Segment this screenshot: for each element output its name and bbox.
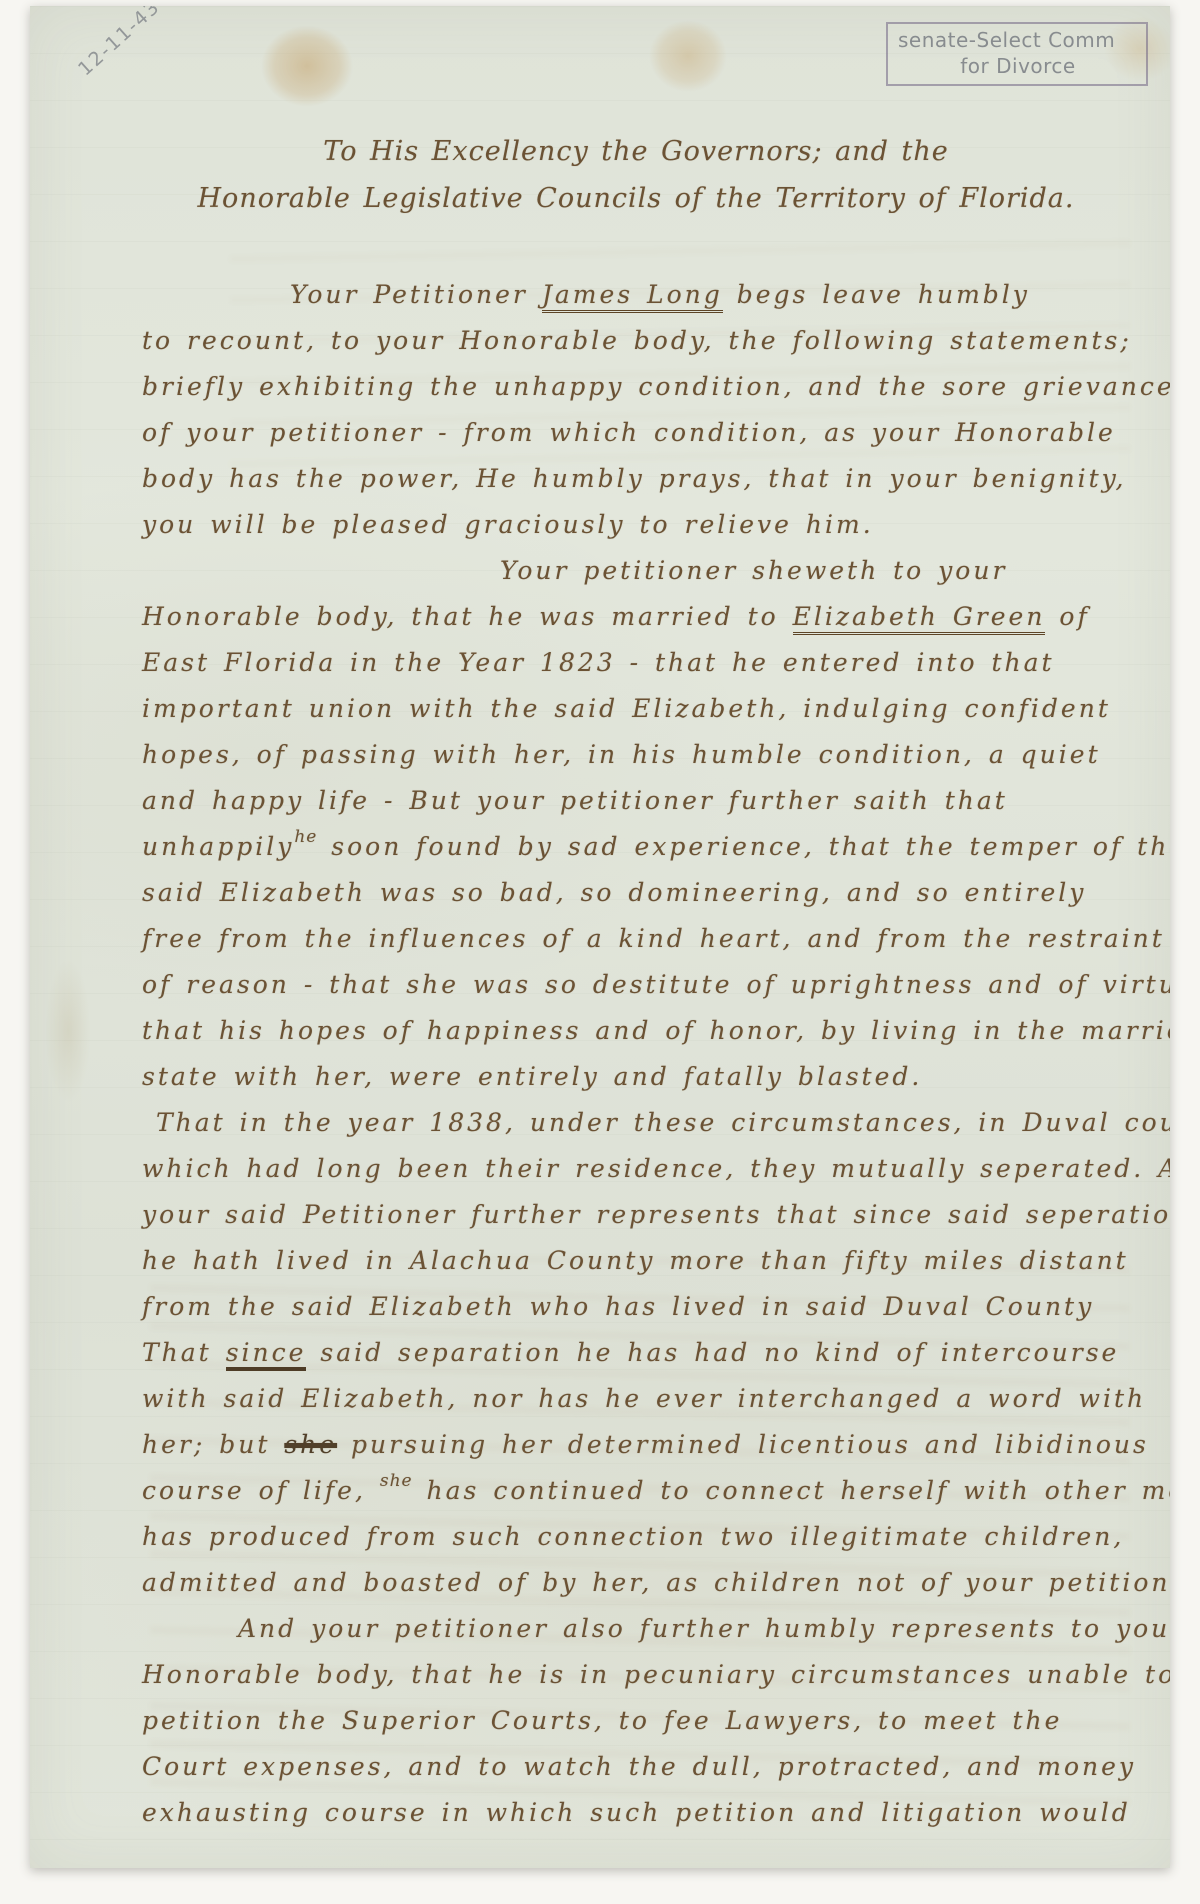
salutation-line-2: Honorable Legislative Councils of the Te… — [142, 175, 1130, 222]
manuscript-line: of reason - that she was so destitute of… — [142, 962, 1130, 1008]
manuscript-line: free from the influences of a kind heart… — [142, 916, 1130, 962]
line-text: begs leave humbly — [723, 280, 1030, 309]
manuscript-line: body has the power, He humbly prays, tha… — [142, 456, 1130, 502]
paragraph-2: Your petitioner sheweth to your Honorabl… — [142, 548, 1130, 1100]
line-text: pursuing her determined licentious and l… — [337, 1430, 1149, 1459]
manuscript-line: and happy life - But your petitioner fur… — [142, 778, 1130, 824]
manuscript-line: he hath lived in Alachua County more tha… — [142, 1238, 1130, 1284]
manuscript-line: said Elizabeth was so bad, so domineerin… — [142, 870, 1130, 916]
line-text: has continued to connect herself with ot… — [413, 1476, 1170, 1505]
manuscript-line: of your petitioner - from which conditio… — [142, 410, 1130, 456]
paragraph-1: Your Petitioner James Long begs leave hu… — [142, 272, 1130, 548]
line-text: Your Petitioner — [290, 280, 542, 309]
salutation-line-1: To His Excellency the Governors; and the — [142, 128, 1130, 175]
petition-text: To His Excellency the Governors; and the… — [142, 128, 1130, 1836]
line-text: course of life, — [142, 1476, 380, 1505]
line-text: Honorable body, that he was married to — [142, 602, 793, 631]
manuscript-line: That in the year 1838, under these circu… — [142, 1100, 1130, 1146]
pencil-date-annotation: 12-11-43 — [74, 6, 165, 80]
paper-stain — [638, 10, 738, 102]
manuscript-line: briefly exhibiting the unhappy condition… — [142, 364, 1130, 410]
manuscript-line: important union with the said Elizabeth,… — [142, 686, 1130, 732]
inserted-word: she — [380, 1471, 413, 1491]
manuscript-line: to recount, to your Honorable body, the … — [142, 318, 1130, 364]
manuscript-line: That since said separation he has had no… — [142, 1330, 1130, 1376]
line-text: That — [142, 1338, 226, 1367]
manuscript-line: hopes, of passing with her, in his humbl… — [142, 732, 1130, 778]
manuscript-line: Honorable body, that he was married to E… — [142, 594, 1130, 640]
line-text: her; but — [142, 1430, 284, 1459]
struck-out-word: she — [284, 1430, 337, 1459]
archival-note-line-2: for Divorce — [898, 53, 1138, 79]
manuscript-line: petition the Superior Courts, to fee Law… — [142, 1698, 1130, 1744]
manuscript-line: with said Elizabeth, nor has he ever int… — [142, 1376, 1130, 1422]
emphasized-word: since — [226, 1338, 307, 1371]
manuscript-line: her; but she pursuing her determined lic… — [142, 1422, 1130, 1468]
paragraph-3: That in the year 1838, under these circu… — [142, 1100, 1130, 1606]
line-text: unhappily — [142, 832, 294, 861]
line-text: soon found by sad experience, that the t… — [317, 832, 1170, 861]
archival-note: senate-Select Comm for Divorce — [886, 22, 1148, 86]
spouse-name-underlined: Elizabeth Green — [793, 602, 1046, 635]
manuscript-line: your said Petitioner further represents … — [142, 1192, 1130, 1238]
inserted-word: he — [294, 827, 317, 847]
manuscript-line: And your petitioner also further humbly … — [142, 1606, 1130, 1652]
manuscript-line: you will be pleased graciously to reliev… — [142, 502, 1130, 548]
scan-background: 12-11-43 senate-Select Comm for Divorce … — [0, 0, 1200, 1904]
manuscript-line: has produced from such connection two il… — [142, 1514, 1130, 1560]
manuscript-line: Court expenses, and to watch the dull, p… — [142, 1744, 1130, 1790]
line-text: said separation he has had no kind of in… — [306, 1338, 1119, 1367]
manuscript-line: state with her, were entirely and fatall… — [142, 1054, 1130, 1100]
manuscript-line: from the said Elizabeth who has lived in… — [142, 1284, 1130, 1330]
manuscript-line: course of life, she has continued to con… — [142, 1468, 1130, 1514]
manuscript-line: Your Petitioner James Long begs leave hu… — [142, 272, 1130, 318]
paragraph-4: And your petitioner also further humbly … — [142, 1606, 1130, 1836]
line-text: of — [1045, 602, 1089, 631]
manuscript-line: which had long been their residence, the… — [142, 1146, 1130, 1192]
manuscript-page: 12-11-43 senate-Select Comm for Divorce … — [30, 6, 1170, 1868]
paper-stain — [38, 936, 98, 1126]
manuscript-line: that his hopes of happiness and of honor… — [142, 1008, 1130, 1054]
manuscript-line: East Florida in the Year 1823 - that he … — [142, 640, 1130, 686]
manuscript-line: unhappilyhe soon found by sad experience… — [142, 824, 1130, 870]
manuscript-line: Honorable body, that he is in pecuniary … — [142, 1652, 1130, 1698]
manuscript-line: Your petitioner sheweth to your — [142, 548, 1130, 594]
manuscript-line: exhausting course in which such petition… — [142, 1790, 1130, 1836]
archival-note-line-1: senate-Select Comm — [898, 28, 1115, 52]
petitioner-name-underlined: James Long — [542, 280, 723, 313]
paper-stain — [248, 14, 366, 118]
manuscript-line: admitted and boasted of by her, as child… — [142, 1560, 1130, 1606]
heading-gap — [142, 222, 1130, 272]
